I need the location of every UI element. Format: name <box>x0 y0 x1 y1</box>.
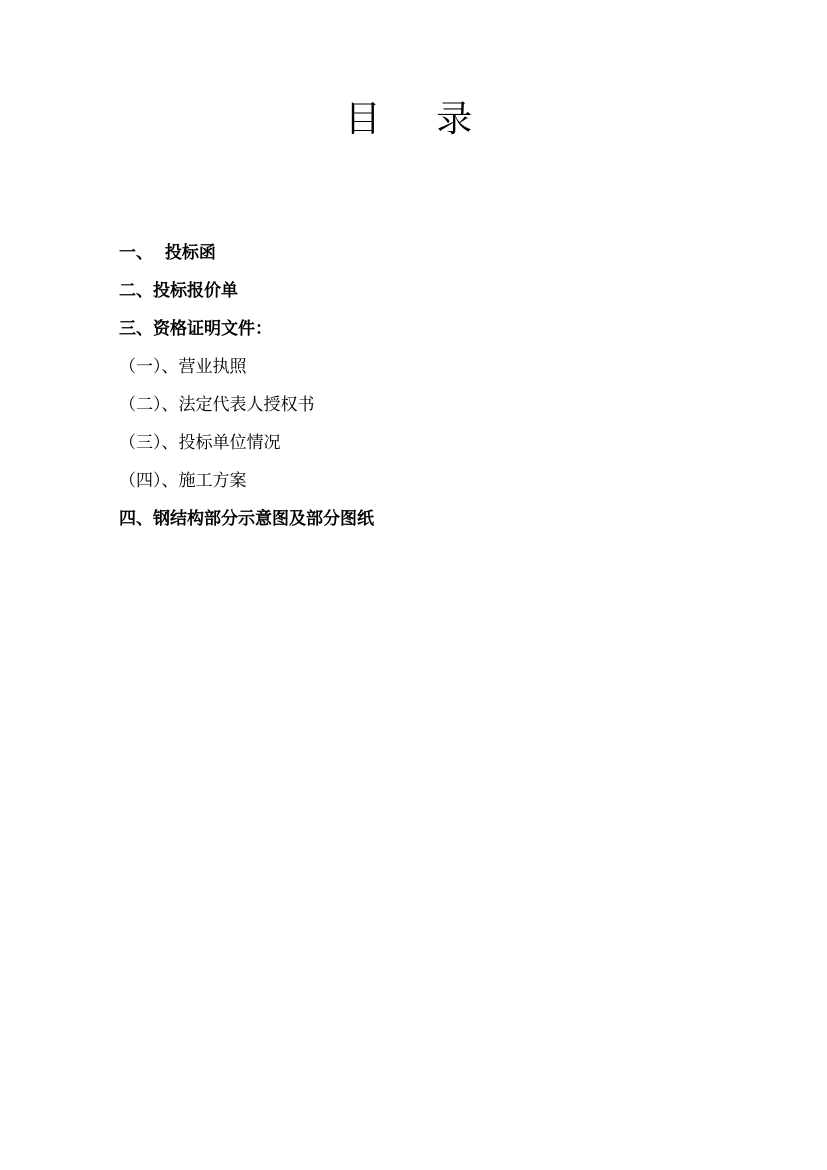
document-page: 目 录 一、 投标函 二、投标报价单 三、资格证明文件： （一）、营业执照 （二… <box>0 0 827 1170</box>
toc-subitem-business-license: （一）、营业执照 <box>119 354 374 392</box>
toc-item-qualification-documents: 三、资格证明文件： <box>119 316 374 354</box>
toc-subitem-authorization-letter: （二）、法定代表人授权书 <box>119 392 374 430</box>
toc-item-steel-structure-drawings: 四、钢结构部分示意图及部分图纸 <box>119 506 374 544</box>
toc-item-bid-letter: 一、 投标函 <box>119 240 374 278</box>
table-of-contents: 一、 投标函 二、投标报价单 三、资格证明文件： （一）、营业执照 （二）、法定… <box>119 240 374 544</box>
toc-item-bid-quotation: 二、投标报价单 <box>119 278 374 316</box>
toc-subitem-bidder-information: （三）、投标单位情况 <box>119 430 374 468</box>
page-title: 目 录 <box>0 98 827 142</box>
toc-subitem-construction-plan: （四）、施工方案 <box>119 468 374 506</box>
